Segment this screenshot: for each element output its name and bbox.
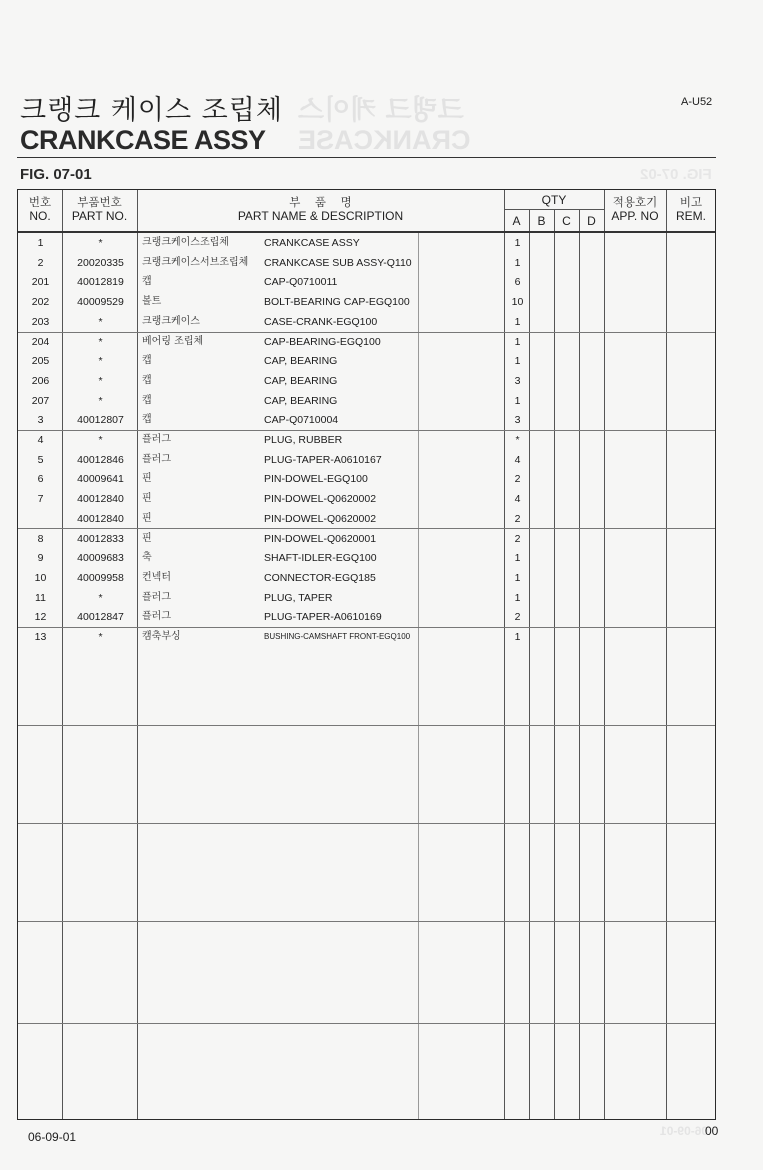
part-number: * [63,430,138,450]
part-number: * [63,351,138,371]
group-divider [18,921,715,922]
document-code: A-U52 [681,96,712,108]
header-rem: 비고 REM. [666,195,716,223]
part-name-english: PIN-DOWEL-EGQ100 [264,469,434,489]
part-name-korean: 크랭크케이스 [142,312,262,332]
qty-a: 1 [505,312,530,332]
part-name-korean: 볼트 [142,292,262,312]
part-name-korean: 캡 [142,351,262,371]
part-name-english: PIN-DOWEL-Q0620001 [264,529,434,549]
part-name-english: SHAFT-IDLER-EGQ100 [264,548,434,568]
part-name-korean: 핀 [142,489,262,509]
qty-a: 10 [505,292,530,312]
qty-a: 1 [505,627,530,647]
part-number: * [63,312,138,332]
table-row: 20240009529볼트BOLT-BEARING CAP-EGQ10010 [18,292,715,312]
part-name-korean: 크랭크케이스조립체 [142,233,262,253]
part-number: 40009641 [63,469,138,489]
header-part-no: 부품번호 PART NO. [62,195,137,223]
bleed-through-title-ko: 크랭크 케이스 [298,88,464,127]
part-number: 40012847 [63,607,138,627]
part-name-korean: 크랭크케이스서브조립체 [142,253,262,273]
qty-a: 1 [505,233,530,253]
header-app-no-en: APP. NO [604,209,666,223]
parts-table: 번호 NO. 부품번호 PART NO. 부 품 명 PART NAME & D… [17,189,716,1120]
header-app-no: 적용호기 APP. NO [604,195,666,223]
qty-a: 1 [505,253,530,273]
part-name-korean: 플러그 [142,588,262,608]
part-name-korean: 축 [142,548,262,568]
table-row: 1040009958컨넥터CONNECTOR-EGQ1851 [18,568,715,588]
item-number: 201 [18,272,63,292]
part-name-english: PLUG-TAPER-A0610167 [264,450,434,470]
table-row: 1240012847플러그PLUG-TAPER-A06101692 [18,607,715,627]
part-number: * [63,627,138,647]
table-row: 40012840핀PIN-DOWEL-Q06200022 [18,509,715,529]
item-number: 3 [18,410,63,430]
qty-a: 1 [505,391,530,411]
part-number: 40009683 [63,548,138,568]
item-number: 7 [18,489,63,509]
table-row: 1*크랭크케이스조립체CRANKCASE ASSY1 [18,233,715,253]
part-number: 40012840 [63,489,138,509]
part-number: * [63,371,138,391]
part-name-english: PLUG, TAPER [264,588,434,608]
table-row: 640009641핀PIN-DOWEL-EGQ1002 [18,469,715,489]
header-part-name-ko: 부 품 명 [137,195,504,209]
part-name-korean: 캡 [142,272,262,292]
qty-a: 1 [505,332,530,352]
table-row: 740012840핀PIN-DOWEL-Q06200024 [18,489,715,509]
table-row: 540012846플러그PLUG-TAPER-A06101674 [18,450,715,470]
part-name-english: CAP, BEARING [264,391,434,411]
part-name-korean: 핀 [142,469,262,489]
part-name-korean: 핀 [142,509,262,529]
qty-header-divider [504,209,604,210]
item-number: 202 [18,292,63,312]
item-number: 5 [18,450,63,470]
qty-a: 2 [505,529,530,549]
part-number: 40012840 [63,509,138,529]
part-number: * [63,588,138,608]
item-number: 2 [18,253,63,273]
item-number: 1 [18,233,63,253]
part-name-korean: 캡 [142,391,262,411]
part-name-korean: 플러그 [142,430,262,450]
part-name-korean: 핀 [142,529,262,549]
part-number: * [63,391,138,411]
bleed-through-title-en: CRANKCASE [298,125,471,156]
table-row: 205*캡CAP, BEARING1 [18,351,715,371]
table-row: 220020335크랭크케이스서브조립체CRANKCASE SUB ASSY-Q… [18,253,715,273]
part-name-english: CAP-Q0710011 [264,272,434,292]
table-row: 4*플러그PLUG, RUBBER* [18,430,715,450]
part-number: 40009958 [63,568,138,588]
header-part-no-en: PART NO. [62,209,137,223]
bleed-through-figure: FIG. 07-02 [640,166,712,183]
item-number: 6 [18,469,63,489]
qty-a: 3 [505,371,530,391]
part-name-english: CAP-BEARING-EGQ100 [264,332,434,352]
qty-a: 1 [505,588,530,608]
qty-a: 2 [505,607,530,627]
part-number: * [63,233,138,253]
footer-date: 06-09-01 [28,1130,76,1144]
item-number: 11 [18,588,63,608]
part-number: 20020335 [63,253,138,273]
header-no: 번호 NO. [18,195,62,223]
qty-a: 1 [505,568,530,588]
part-name-korean: 베어링 조립체 [142,332,262,352]
part-number: 40012807 [63,410,138,430]
table-row: 206*캡CAP, BEARING3 [18,371,715,391]
item-number: 203 [18,312,63,332]
header-no-ko: 번호 [18,195,62,209]
table-row: 11*플러그PLUG, TAPER1 [18,588,715,608]
group-divider [18,725,715,726]
qty-a: 3 [505,410,530,430]
part-name-korean: 캠축부싱 [142,627,262,647]
qty-a: 1 [505,548,530,568]
part-name-korean: 컨넥터 [142,568,262,588]
table-row: 840012833핀PIN-DOWEL-Q06200012 [18,529,715,549]
part-name-korean: 플러그 [142,450,262,470]
figure-number: FIG. 07-01 [20,166,92,183]
part-number: 40012833 [63,529,138,549]
page-title-english: CRANKCASE ASSY [20,125,266,156]
part-name-korean: 캡 [142,371,262,391]
header-part-name: 부 품 명 PART NAME & DESCRIPTION [137,195,504,223]
part-name-english: CRANKCASE ASSY [264,233,434,253]
table-row: 340012807캡CAP-Q07100043 [18,410,715,430]
item-number: 10 [18,568,63,588]
qty-a: 6 [505,272,530,292]
part-name-english: CRANKCASE SUB ASSY-Q110 [264,253,434,273]
part-name-english: CAP-Q0710004 [264,410,434,430]
part-name-english: BOLT-BEARING CAP-EGQ100 [264,292,434,312]
header-rem-en: REM. [666,209,716,223]
item-number: 205 [18,351,63,371]
item-number: 8 [18,529,63,549]
part-name-english: CASE-CRANK-EGQ100 [264,312,434,332]
qty-a: 2 [505,469,530,489]
title-divider [17,157,716,158]
header-app-no-ko: 적용호기 [604,195,666,209]
item-number: 4 [18,430,63,450]
item-number: 207 [18,391,63,411]
part-name-korean: 캡 [142,410,262,430]
qty-a: 2 [505,509,530,529]
qty-a: 1 [505,351,530,371]
part-name-english: PIN-DOWEL-Q0620002 [264,509,434,529]
item-number: 12 [18,607,63,627]
header-part-name-en: PART NAME & DESCRIPTION [137,209,504,223]
part-name-english: CAP, BEARING [264,371,434,391]
qty-a: * [505,430,530,450]
qty-a: 4 [505,489,530,509]
item-number: 204 [18,332,63,352]
table-row: 203*크랭크케이스CASE-CRANK-EGQ1001 [18,312,715,332]
part-name-english: PIN-DOWEL-Q0620002 [264,489,434,509]
footer-page-number: 00 [705,1124,718,1138]
part-name-english: CAP, BEARING [264,351,434,371]
header-qty-b: B [529,214,554,228]
table-row: 13*캠축부싱BUSHING-CAMSHAFT FRONT-EGQ1001 [18,627,715,647]
part-name-english: PLUG-TAPER-A0610169 [264,607,434,627]
part-name-korean: 플러그 [142,607,262,627]
table-row: 204*베어링 조립체CAP-BEARING-EGQ1001 [18,332,715,352]
table-row: 207*캡CAP, BEARING1 [18,391,715,411]
part-name-english: BUSHING-CAMSHAFT FRONT-EGQ100 [264,627,434,647]
header-qty-c: C [554,214,579,228]
header-rem-ko: 비고 [666,195,716,209]
header-qty-d: D [579,214,604,228]
part-name-english: PLUG, RUBBER [264,430,434,450]
qty-a: 4 [505,450,530,470]
part-number: 40009529 [63,292,138,312]
item-number: 206 [18,371,63,391]
header-qty: QTY [504,193,604,207]
part-name-english: CONNECTOR-EGQ185 [264,568,434,588]
table-row: 940009683축SHAFT-IDLER-EGQ1001 [18,548,715,568]
part-number: 40012819 [63,272,138,292]
bleed-through-footer: 06-09-01 [660,1124,708,1138]
part-number: 40012846 [63,450,138,470]
item-number: 13 [18,627,63,647]
item-number: 9 [18,548,63,568]
part-number: * [63,332,138,352]
group-divider [18,1023,715,1024]
table-row: 20140012819캡CAP-Q07100116 [18,272,715,292]
page-title-korean: 크랭크 케이스 조립체 [20,88,283,127]
header-part-no-ko: 부품번호 [62,195,137,209]
group-divider [18,823,715,824]
header-no-en: NO. [18,209,62,223]
header-qty-a: A [504,214,529,228]
